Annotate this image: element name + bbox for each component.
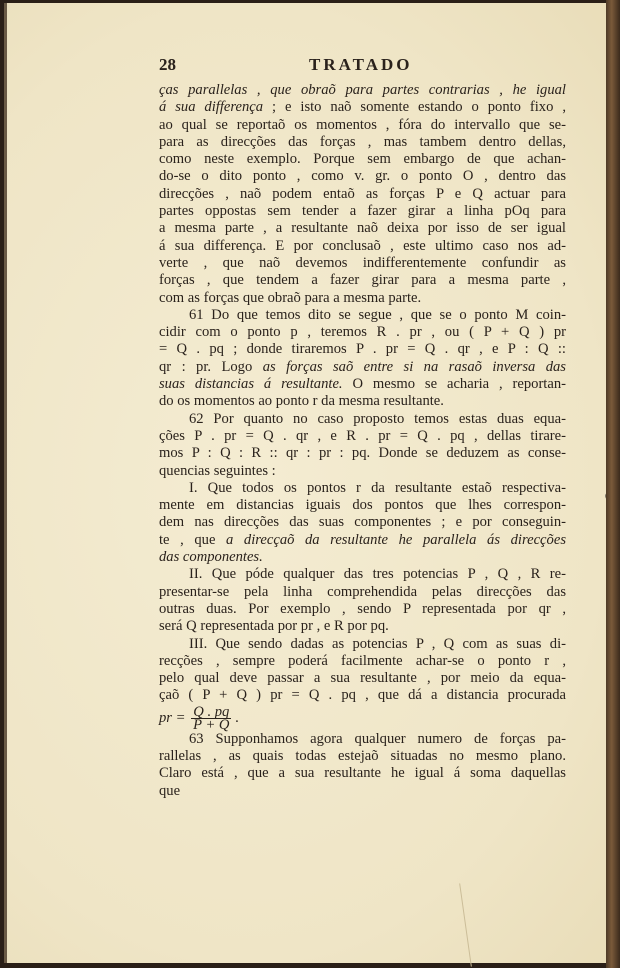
page-text: 28 TRATADO ças parallelas , que obraõ pa… <box>159 62 566 800</box>
text-line: qr : pr. Logo as forças saõ entre si na … <box>159 359 566 376</box>
text-line: com as forças que obraõ para a mesma par… <box>159 290 566 307</box>
formula-end: . <box>231 710 238 726</box>
text-line: direcções , naõ podem entaõ as forças P … <box>159 186 566 203</box>
text-line: a mesma parte , a resultante naõ deixa p… <box>159 220 566 237</box>
page-header: 28 TRATADO <box>159 62 566 82</box>
formula: pr = Q . pq P + Q . <box>159 705 566 731</box>
text-span: O mesmo se acharia , reportan- <box>343 376 566 392</box>
text-line: forças , que tendem a fazer girar para a… <box>159 272 566 289</box>
text-line: á sua differença. E por conclusaõ , este… <box>159 238 566 255</box>
consequence-iii-start: III. Que sendo dadas as potencias P , Q … <box>159 636 566 653</box>
text-line: partes oppostas sem tender a fazer girar… <box>159 203 566 220</box>
text-line: outras duas. Por exemplo , sendo P repre… <box>159 601 566 618</box>
text-line: quencias seguintes : <box>159 463 566 480</box>
italic-phrase: a direcçaõ da resultante he parallela ás… <box>226 532 566 548</box>
text-line: ções P . pr = Q . qr , e R . pr = Q . pq… <box>159 428 566 445</box>
fraction: Q . pq P + Q <box>191 706 231 731</box>
consequence-ii-start: II. Que póde qualquer das tres potencias… <box>159 566 566 583</box>
text-line: cidir com o ponto p , teremos R . pr , o… <box>159 324 566 341</box>
text-line: do-se o dito ponto , como v. gr. o ponto… <box>159 168 566 185</box>
italic-phrase: á sua differença <box>159 99 263 115</box>
text-span: te , que <box>159 532 226 548</box>
text-line: presentar-se pela linha comprehendida pe… <box>159 584 566 601</box>
book-binding-edge <box>606 0 620 968</box>
text-line: = Q . pq ; donde tiraremos P . pr = Q . … <box>159 341 566 358</box>
text-line: do os momentos ao ponto r da mesma resul… <box>159 393 566 410</box>
fraction-denominator: P + Q <box>191 719 231 731</box>
text-line: mente em distancias iguais dos pontos qu… <box>159 497 566 514</box>
paragraph-63-start: 63 Supponhamos agora qualquer numero de … <box>159 731 566 748</box>
consequence-i-start: I. Que todos os pontos r da resultante e… <box>159 480 566 497</box>
text-line: recções , sempre poderá facilmente achar… <box>159 653 566 670</box>
paragraph-61-start: 61 Do que temos dito se segue , que se o… <box>159 307 566 324</box>
text-line: á sua differença ; e isto naõ somente es… <box>159 99 566 116</box>
text-line: será Q representada por pr , e R por pq. <box>159 618 566 635</box>
text-line: como neste exemplo. Porque sem embargo d… <box>159 151 566 168</box>
text-line: rallelas , as quais todas estejaõ situad… <box>159 748 566 765</box>
italic-phrase: suas distancias á resultante. <box>159 376 343 392</box>
text-line: das componentes. <box>159 549 566 566</box>
formula-lhs: pr = <box>159 710 185 726</box>
italic-phrase: as forças saõ entre si na rasaõ inversa … <box>263 359 566 375</box>
text-line: suas distancias á resultante. O mesmo se… <box>159 376 566 393</box>
text-line: ao qual se reportaõ os momentos , fóra d… <box>159 117 566 134</box>
text-line: pelo qual deve passar a sua resultante ,… <box>159 670 566 687</box>
paragraph-62-start: 62 Por quanto no caso proposto temos est… <box>159 411 566 428</box>
running-title: TRATADO <box>309 56 413 73</box>
text-line: te , que a direcçaõ da resultante he par… <box>159 532 566 549</box>
text-span: qr : pr. Logo <box>159 359 263 375</box>
text-line: para as direcções das forças , mas tambe… <box>159 134 566 151</box>
text-line: dem nas direcções das suas componentes ;… <box>159 514 566 531</box>
text-line: çaõ ( P + Q ) pr = Q . pq , que dá a dis… <box>159 687 566 704</box>
text-span: ; e isto naõ somente estando o ponto fix… <box>263 99 566 115</box>
text-line: mos P : Q : R :: qr : pr : pq. Donde se … <box>159 445 566 462</box>
paper-crease <box>459 883 472 966</box>
catchword: que <box>159 783 566 800</box>
text-line: Claro está , que a sua resultante he igu… <box>159 765 566 782</box>
text-line: ças parallelas , que obraõ para partes c… <box>159 82 566 99</box>
text-line: verte , que naõ devemos indifferentement… <box>159 255 566 272</box>
page-number: 28 <box>159 56 176 73</box>
